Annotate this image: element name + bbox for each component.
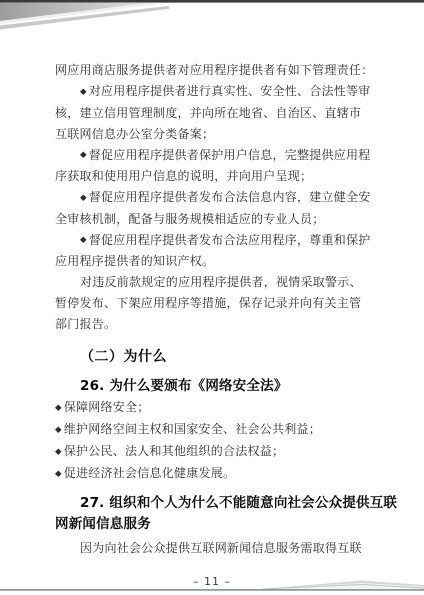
line-text: 保护公民、法人和其他组织的合法权益；: [64, 444, 285, 458]
bottom-swoosh-graphic: [0, 559, 424, 595]
heading-line: （二）为什么: [55, 346, 371, 368]
text-line: 互联网信息办公室分类备案；: [55, 124, 371, 145]
line-text: 对违反前款规定的应用程序提供者，视情采取警示、: [80, 275, 362, 289]
heading-line: 26. 为什么要颁布《网络安全法》: [55, 375, 371, 397]
bullet-line: ◆对应用程序提供者进行真实性、安全性、合法性等审: [55, 81, 371, 103]
heading-line: 27. 组织和个人为什么不能随意向社会公众提供互联: [55, 492, 371, 514]
text-line: 核，建立信用管理制度，并向所在地省、自治区、直辖市: [55, 103, 371, 124]
bullet-line: ◆促进经济社会信息化健康发展。: [55, 463, 371, 485]
text-line: 全审核机制，配备与服务规模相适应的专业人员；: [55, 209, 371, 230]
heading-line: 网新闻信息服务: [55, 514, 371, 535]
text-line: 因为向社会公众提供互联网新闻信息服务需取得互联: [55, 538, 371, 559]
text-line: 暂停发布、下架应用程序等措施，保存记录并向有关主管: [55, 293, 371, 314]
line-text: 序获取和使用用户信息的说明，并向用户呈现；: [55, 169, 312, 183]
line-text: 互联网信息办公室分类备案；: [55, 127, 214, 141]
line-text: 对应用程序提供者进行真实性、安全性、合法性等审: [89, 84, 371, 98]
bullet-diamond-icon: ◆: [80, 82, 87, 103]
line-text: 核，建立信用管理制度，并向所在地省、自治区、直辖市: [55, 106, 361, 120]
line-text: 27. 组织和个人为什么不能随意向社会公众提供互联: [80, 495, 397, 511]
line-text: 暂停发布、下架应用程序等措施，保存记录并向有关主管: [55, 296, 361, 310]
bullet-diamond-icon: ◆: [55, 442, 62, 464]
line-text: 网应用商店服务提供者对应用程序提供者有如下管理责任：: [55, 63, 374, 77]
line-text: 26. 为什么要颁布《网络安全法》: [80, 378, 288, 394]
line-text: 全审核机制，配备与服务规模相适应的专业人员；: [55, 212, 325, 226]
text-line: 部门报告。: [55, 314, 371, 335]
text-line: 网应用商店服务提供者对应用程序提供者有如下管理责任：: [55, 60, 371, 81]
bullet-line: ◆维护网络空间主权和国家安全、社会公共利益；: [55, 419, 371, 441]
line-text: 督促应用程序提供者发布合法应用程序，尊重和保护: [89, 233, 371, 247]
bullet-line: ◆保护公民、法人和其他组织的合法权益；: [55, 441, 371, 463]
line-text: （二）为什么: [80, 349, 167, 365]
line-text: 督促应用程序提供者保护用户信息，完整提供应用程: [89, 148, 371, 162]
line-text: 促进经济社会信息化健康发展。: [64, 466, 236, 480]
text-line: 对违反前款规定的应用程序提供者，视情采取警示、: [55, 272, 371, 293]
bullet-diamond-icon: ◆: [55, 464, 62, 486]
bullet-diamond-icon: ◆: [80, 230, 87, 251]
line-text: 部门报告。: [55, 317, 116, 331]
line-text: 应用程序提供者的知识产权。: [55, 254, 214, 268]
bullet-diamond-icon: ◆: [80, 188, 87, 209]
line-text: 督促应用程序提供者发布合法信息内容，建立健全安: [89, 190, 371, 204]
bottom-ribbon-decoration: [0, 559, 424, 595]
bullet-line: ◆督促应用程序提供者保护用户信息，完整提供应用程: [55, 145, 371, 167]
text-line: 序获取和使用用户信息的说明，并向用户呈现；: [55, 166, 371, 187]
top-ribbon-decoration: [0, 0, 424, 32]
top-swoosh-graphic: [0, 0, 424, 32]
line-text: 网新闻信息服务: [55, 516, 151, 532]
bullet-diamond-icon: ◆: [80, 145, 87, 166]
line-text: 因为向社会公众提供互联网新闻信息服务需取得互联: [80, 541, 362, 555]
bullet-line: ◆保障网络安全；: [55, 397, 371, 419]
text-line: 应用程序提供者的知识产权。: [55, 251, 371, 272]
line-text: 保障网络安全；: [64, 400, 150, 414]
document-page: { "page": { "number_label": "– 11 –", "c…: [0, 0, 424, 595]
bullet-diamond-icon: ◆: [55, 420, 62, 442]
bullet-diamond-icon: ◆: [55, 398, 62, 420]
line-text: 维护网络空间主权和国家安全、社会公共利益；: [64, 422, 321, 436]
page-text-column: 网应用商店服务提供者对应用程序提供者有如下管理责任：◆对应用程序提供者进行真实性…: [55, 60, 371, 559]
bullet-line: ◆督促应用程序提供者发布合法应用程序，尊重和保护: [55, 230, 371, 252]
bullet-line: ◆督促应用程序提供者发布合法信息内容，建立健全安: [55, 187, 371, 209]
